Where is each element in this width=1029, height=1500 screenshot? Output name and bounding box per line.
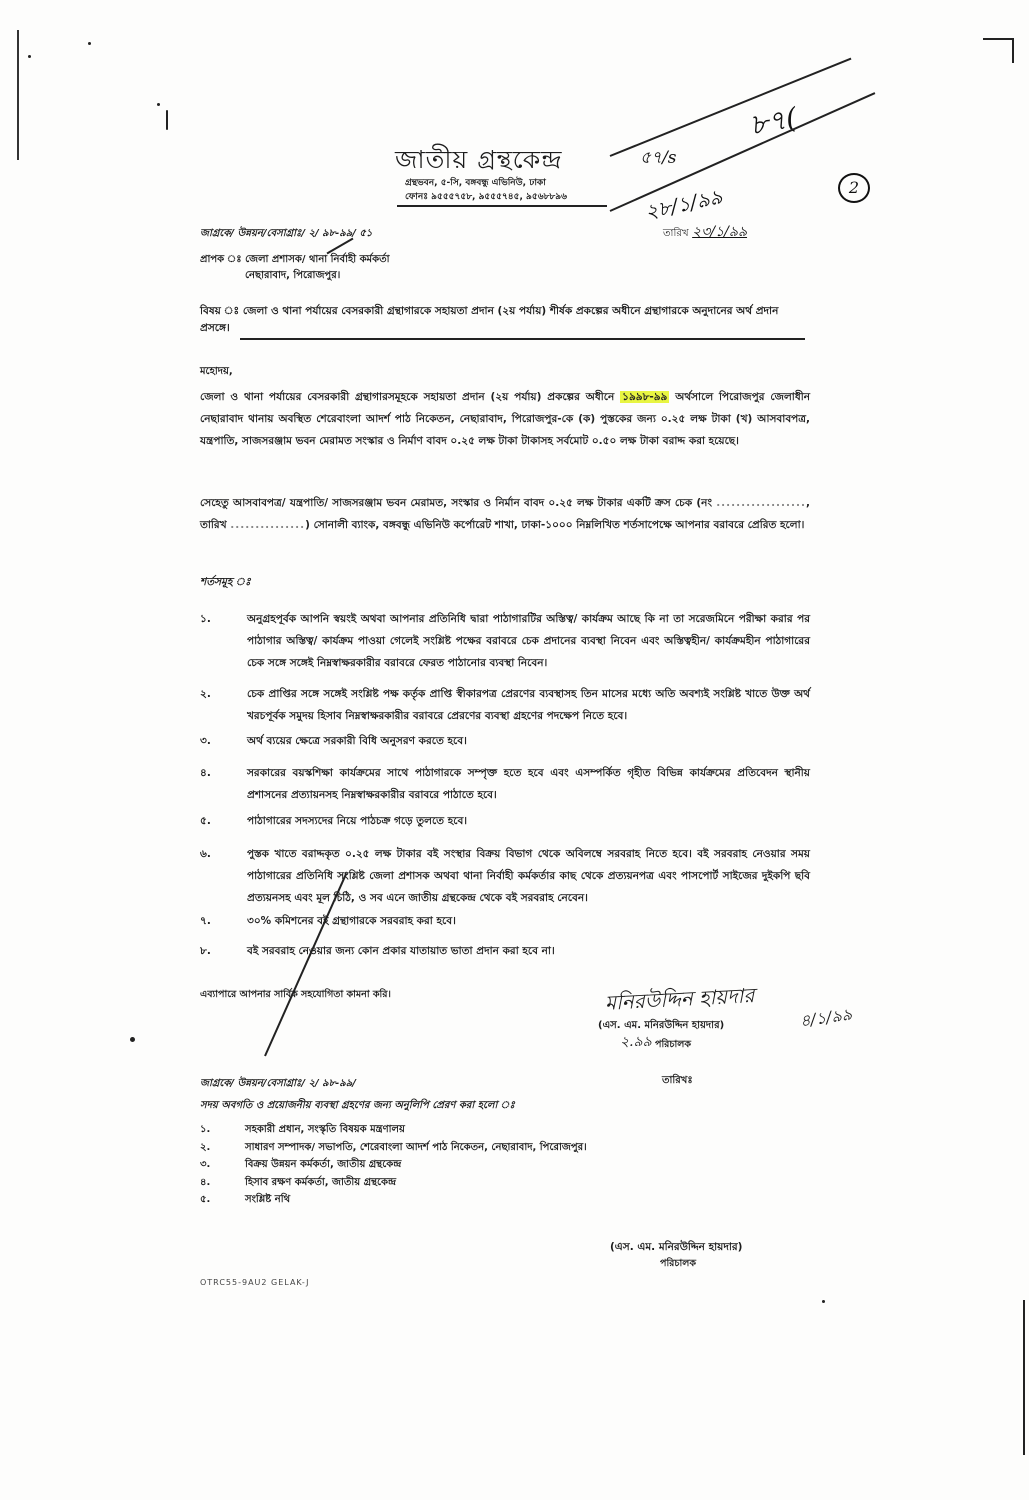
conditions-heading: শর্তসমূহ ঃ (200, 575, 251, 592)
signatory-name-2: (এস. এম. মনিরউদ্দিন হায়দার) (610, 1240, 742, 1257)
signatory-name: (এস. এম. মনিরউদ্দিন হায়দার) (598, 1018, 724, 1035)
copy-date-label: তারিখঃ (662, 1073, 693, 1090)
scan-speck (822, 1300, 825, 1303)
date-value: ২৩/১/৯৯ (692, 224, 747, 240)
copy-recipient-number: ১. (200, 1122, 245, 1139)
handwritten-note: ৮৭( (746, 96, 801, 151)
condition-item: ২.চেক প্রাপ্তির সঙ্গে সঙ্গেই সংশ্লিষ্ট প… (200, 683, 810, 727)
copy-recipient-text: সহকারী প্রধান, সংস্কৃতি বিষয়ক মন্ত্রণাল… (245, 1124, 405, 1135)
recipient-line: প্রাপক ঃ জেলা প্রশাসক/ থানা নির্বাহী কর্… (200, 252, 390, 269)
condition-number: ৬. (200, 843, 240, 865)
scan-speck (166, 110, 168, 130)
condition-text: পুস্তক খাতে বরাদ্দকৃত ০.২৫ লক্ষ টাকার বই… (247, 843, 810, 909)
paragraph-text: সেহেতু আসবাবপত্র/ যন্ত্রপাতি/ সাজসরঞ্জাম… (200, 497, 716, 509)
copy-recipient: ৪.হিসাব রক্ষণ কর্মকর্তা, জাতীয় গ্রন্থকে… (200, 1175, 396, 1192)
condition-number: ৪. (200, 762, 240, 784)
condition-text: অনুগ্রহপূর্বক আপনি স্বয়ংই অথবা আপনার প্… (247, 608, 810, 674)
copy-recipient-text: সংশ্লিষ্ট নথি (245, 1194, 290, 1205)
scanned-letter-page: জাতীয় গ্রন্থকেন্দ্র গ্রন্থভবন, ৫-সি, বঙ… (0, 0, 1029, 1500)
circled-number: 2 (838, 173, 870, 203)
copy-memo-number: জাগ্রকে/ উন্নয়ন/বেসাগ্রাঃ/ ২/ ৯৮-৯৯/ (200, 1076, 356, 1093)
copy-recipient: ২.সাধারণ সম্পাদক/ সভাপতি, শেরেবাংলা আদর্… (200, 1140, 587, 1157)
condition-text: ৩০% কমিশনের বই গ্রন্থাগারকে সরবরাহ করা হ… (247, 910, 810, 932)
subject-line: বিষয় ঃ জেলা ও থানা পর্যায়ের বেসরকারী গ… (200, 303, 810, 337)
body-paragraph-1: জেলা ও থানা পর্যায়ের বেসরকারী গ্রন্থাগা… (200, 386, 810, 452)
copy-recipient-text: হিসাব রক্ষণ কর্মকর্তা, জাতীয় গ্রন্থকেন্… (245, 1177, 396, 1188)
initial-note: ২.৯৯ (620, 1030, 652, 1054)
condition-text: অর্থ ব্যয়ের ক্ষেত্রে সরকারী বিধি অনুসরণ… (247, 730, 810, 752)
condition-text: পাঠাগারের সদস্যদের নিয়ে পাঠচক্র গড়ে তু… (247, 810, 810, 832)
copy-recipient-number: ২. (200, 1140, 245, 1157)
signature-date: ৪/১/৯৯ (798, 1001, 854, 1035)
copy-recipient-number: ৩. (200, 1157, 245, 1174)
handwritten-note: ৫৭/s (640, 145, 677, 173)
header-divider (397, 205, 607, 207)
highlighted-fiscal-year: ১৯৯৮-৯৯ (620, 391, 669, 403)
body-paragraph-2: সেহেতু আসবাবপত্র/ যন্ত্রপাতি/ সাজসরঞ্জাম… (200, 492, 810, 536)
copy-recipient: ৩.বিক্রয় উন্নয়ন কর্মকর্তা, জাতীয় গ্রন… (200, 1157, 401, 1174)
letter-date: তারিখ ২৩/১/৯৯ (663, 220, 747, 244)
condition-number: ২. (200, 683, 240, 705)
paragraph-text: ) সোনালী ব্যাংক, বঙ্গবন্ধু এভিনিউ কর্পোর… (305, 519, 804, 531)
copy-recipient-text: সাধারণ সম্পাদক/ সভাপতি, শেরেবাংলা আদর্শ … (245, 1142, 587, 1153)
scan-speck (130, 1037, 135, 1042)
paragraph-text: জেলা ও থানা পর্যায়ের বেসরকারী গ্রন্থাগা… (200, 391, 620, 403)
signatory-title-2: পরিচালক (660, 1257, 696, 1272)
corner-mark (1012, 38, 1014, 63)
cheque-number: .................. (716, 497, 806, 509)
scan-speck (88, 42, 91, 45)
scan-speck (157, 103, 160, 106)
condition-item: ৬.পুস্তক খাতে বরাদ্দকৃত ০.২৫ লক্ষ টাকার … (200, 843, 810, 909)
signatory-title: পরিচালক (655, 1038, 691, 1053)
condition-number: ১. (200, 608, 240, 630)
salutation: মহোদয়, (200, 364, 233, 381)
condition-text: চেক প্রাপ্তির সঙ্গে সঙ্গেই সংশ্লিষ্ট পক্… (247, 683, 810, 727)
condition-item: ৩.অর্থ ব্যয়ের ক্ষেত্রে সরকারী বিধি অনুস… (200, 730, 810, 752)
closing-line: এব্যাপারে আপনার সার্বিক সহযোগিতা কামনা ক… (200, 988, 391, 1003)
condition-number: ৫. (200, 810, 240, 832)
signature: মনিরউদ্দিন হায়দার (604, 981, 755, 1022)
copy-recipient-text: বিক্রয় উন্নয়ন কর্মকর্তা, জাতীয় গ্রন্থ… (245, 1159, 401, 1170)
condition-item: ৭.৩০% কমিশনের বই গ্রন্থাগারকে সরবরাহ করা… (200, 910, 810, 932)
footer-code: OTRC55-9AU2 GELAK-J (200, 1278, 310, 1287)
copy-intro: সদয় অবগতি ও প্রয়োজনীয় ব্যবস্থা গ্রহণে… (200, 1098, 515, 1115)
condition-item: ১.অনুগ্রহপূর্বক আপনি স্বয়ংই অথবা আপনার … (200, 608, 810, 674)
pen-stroke (610, 58, 852, 157)
scan-speck (28, 55, 31, 58)
condition-number: ৩. (200, 730, 240, 752)
condition-number: ৮. (200, 940, 240, 962)
copy-recipient-number: ৫. (200, 1192, 245, 1209)
condition-item: ৪.সরকারের বয়স্কশিক্ষা কার্যক্রমের সাথে … (200, 762, 810, 806)
copy-recipient: ১.সহকারী প্রধান, সংস্কৃতি বিষয়ক মন্ত্রণ… (200, 1122, 405, 1139)
condition-text: বই সরবরাহ নেওয়ার জন্য কোন প্রকার যাতায়… (247, 940, 810, 962)
copy-recipient: ৫.সংশ্লিষ্ট নথি (200, 1192, 290, 1209)
recipient-location: নেছারাবাদ, পিরোজপুর। (245, 268, 340, 285)
org-address: গ্রন্থভবন, ৫-সি, বঙ্গবন্ধু এভিনিউ, ঢাকা (405, 175, 546, 190)
condition-number: ৭. (200, 910, 240, 932)
copy-recipient-number: ৪. (200, 1175, 245, 1192)
subject-underline (240, 338, 805, 340)
condition-item: ৫.পাঠাগারের সদস্যদের নিয়ে পাঠচক্র গড়ে … (200, 810, 810, 832)
corner-mark (983, 38, 1013, 40)
org-phone: ফোনঃ ৯৫৫৫৭৫৮, ৯৫৫৫৭৪৫, ৯৫৬৮৮৯৬ (405, 189, 567, 204)
condition-item: ৮.বই সরবরাহ নেওয়ার জন্য কোন প্রকার যাতা… (200, 940, 810, 962)
date-label: তারিখ (663, 228, 689, 239)
scan-edge-mark (17, 30, 19, 160)
cheque-date: ............... (230, 519, 305, 531)
condition-text: সরকারের বয়স্কশিক্ষা কার্যক্রমের সাথে পা… (247, 762, 810, 806)
scan-edge-mark (1023, 1300, 1025, 1455)
